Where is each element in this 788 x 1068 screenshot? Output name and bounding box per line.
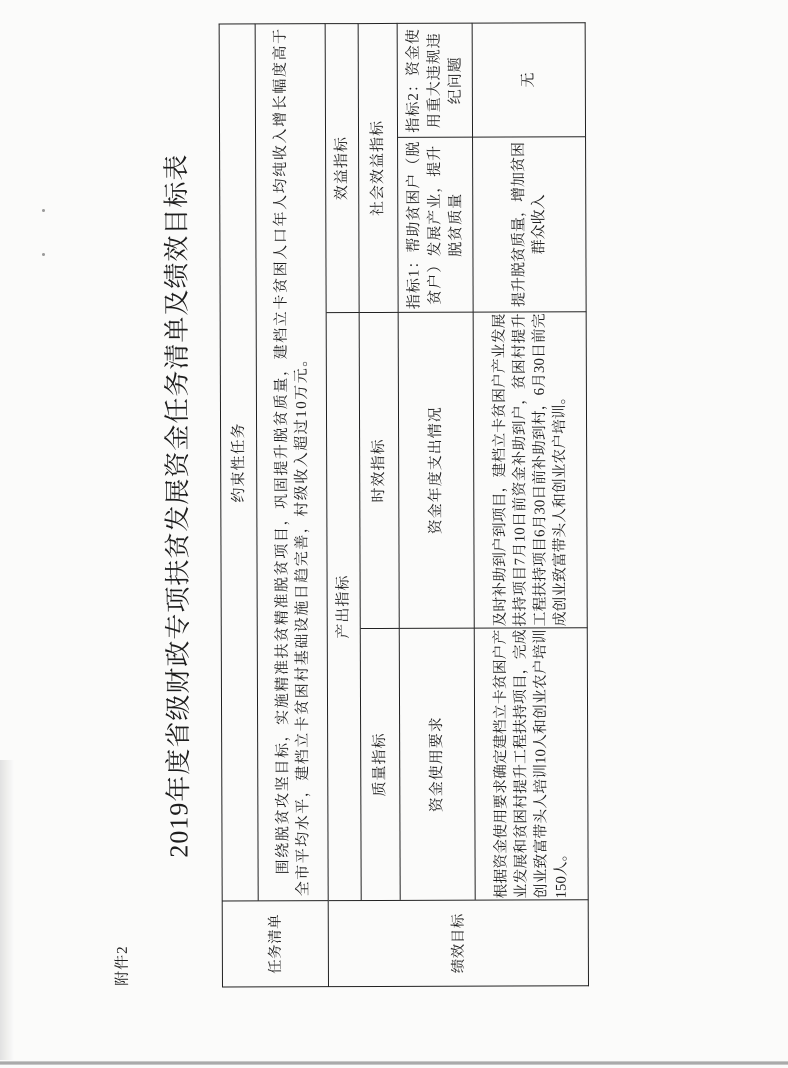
task-performance-table: 任务清单 约束性任务 围绕脱贫攻坚目标，实施精准扶贫精准脱贫项目，巩固提升脱贫质… bbox=[219, 22, 589, 987]
social-indicator-2-cell: 指标2：资金使用重大违规违纪问题 bbox=[398, 23, 473, 137]
output-indicators-header-cell: 产出指标 bbox=[327, 312, 362, 900]
social-benefit-header-cell: 社会效益指标 bbox=[359, 23, 399, 312]
social-indicator-1: 指标1：帮助贫困户（脱贫户）发展产业，提升脱贫质量 bbox=[404, 139, 468, 311]
timeliness-indicator-header-cell: 时效指标 bbox=[360, 312, 400, 628]
binding-task-content-cell: 围绕脱贫攻坚目标，实施精准扶贫精准脱贫项目，巩固提升脱贫质量，建档立卡贫困人口年… bbox=[256, 23, 329, 900]
benefit-indicators-header: 效益指标 bbox=[332, 136, 352, 200]
social-indicator-1-value: 提升脱贫质量，增加贫困群众收入 bbox=[509, 139, 550, 309]
social-indicator-1-value-cell: 提升脱贫质量，增加贫困群众收入 bbox=[473, 136, 587, 311]
document-title: 2019年度省级财政专项扶贫发展资金任务清单及绩效目标表 bbox=[161, 24, 196, 988]
timeliness-value: 及时补助到户到项目，建档立卡贫困户产业发展扶持项目7月10日前资金补助到户，贫困… bbox=[490, 313, 571, 626]
quality-item: 资金使用要求 bbox=[427, 716, 447, 812]
scan-speck bbox=[42, 253, 45, 256]
scan-speck bbox=[42, 209, 45, 212]
scan-edge bbox=[0, 1061, 788, 1065]
binding-task-header: 约束性任务 bbox=[229, 422, 249, 502]
benefit-indicators-header-cell: 效益指标 bbox=[326, 23, 360, 312]
binding-task-header-cell: 约束性任务 bbox=[219, 23, 259, 900]
performance-goals-label-cell: 绩效目标 bbox=[329, 899, 589, 987]
task-list-label: 任务清单 bbox=[265, 914, 285, 974]
quality-value: 根据资金使用要求确定建档立卡贫困户产业发展和贫困村提升工程扶持项目，完成创业致富… bbox=[491, 629, 572, 898]
timeliness-indicator-header: 时效指标 bbox=[369, 438, 389, 502]
quality-indicator-header-cell: 质量指标 bbox=[361, 628, 401, 900]
task-list-label-cell: 任务清单 bbox=[222, 900, 329, 987]
social-indicator-2-value: 无 bbox=[519, 72, 539, 87]
binding-task-content: 围绕脱贫攻坚目标，实施精准扶贫精准脱贫项目，巩固提升脱贫质量，建档立卡贫困人口年… bbox=[270, 27, 313, 896]
timeliness-value-cell: 及时补助到户到项目，建档立卡贫困户产业发展扶持项目7月10日前资金补助到户，贫困… bbox=[474, 311, 588, 627]
quality-item-cell: 资金使用要求 bbox=[400, 628, 476, 900]
quality-value-cell: 根据资金使用要求确定建档立卡贫困户产业发展和贫困村提升工程扶持项目，完成创业致富… bbox=[475, 627, 589, 899]
document-page: 附件2 2019年度省级财政专项扶贫发展资金任务清单及绩效目标表 任务清单 约束… bbox=[89, 22, 589, 988]
attachment-label: 附件2 bbox=[114, 945, 132, 986]
social-indicator-2-value-cell: 无 bbox=[473, 22, 586, 136]
social-indicator-1-cell: 指标1：帮助贫困户（脱贫户）发展产业，提升脱贫质量 bbox=[398, 137, 474, 312]
social-benefit-header: 社会效益指标 bbox=[368, 120, 388, 216]
timeliness-item: 资金年度支出情况 bbox=[426, 406, 446, 534]
output-indicators-header: 产出指标 bbox=[334, 575, 354, 639]
social-indicator-2: 指标2：资金使用重大违规违纪问题 bbox=[403, 25, 466, 136]
performance-goals-label: 绩效目标 bbox=[448, 913, 468, 973]
quality-indicator-header: 质量指标 bbox=[370, 732, 390, 796]
timeliness-item-cell: 资金年度支出情况 bbox=[399, 312, 475, 628]
scan-shadow bbox=[0, 760, 14, 1060]
